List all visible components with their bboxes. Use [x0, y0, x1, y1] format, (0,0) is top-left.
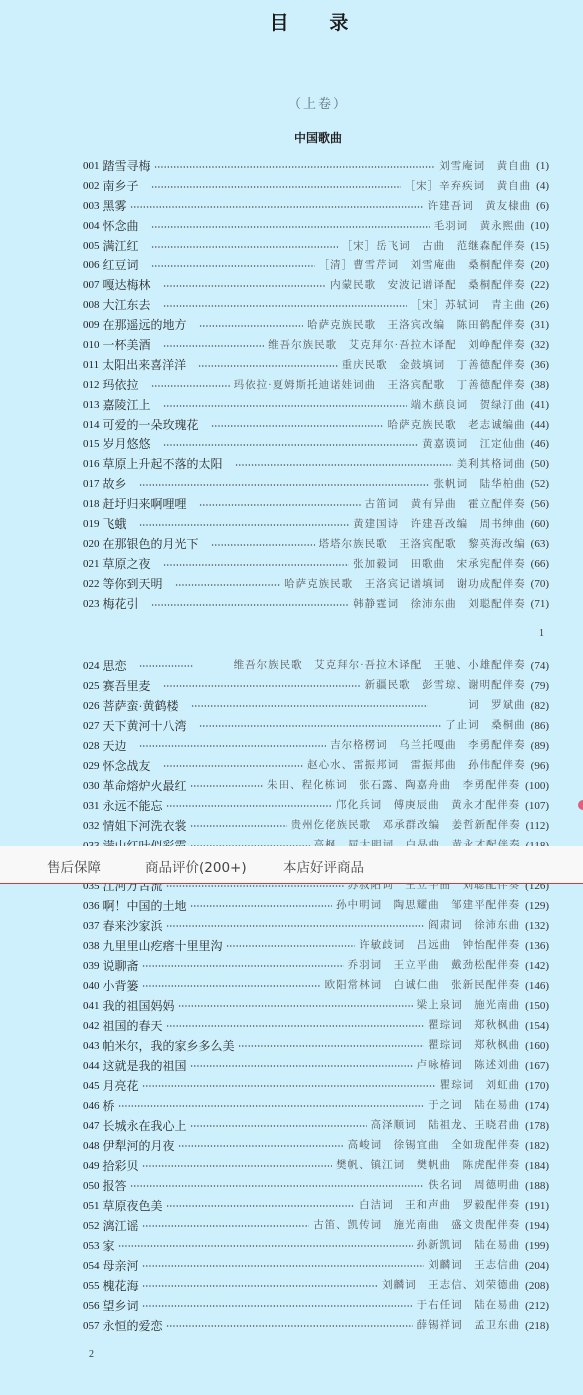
entry-page: (194) [525, 1216, 549, 1236]
entry-credits: 黄建国诗 许建吾改编 周书绅曲 [353, 515, 526, 535]
entry-number: 026 [83, 696, 100, 716]
entry-title: 梅花引 [103, 595, 139, 615]
entry-number: 012 [83, 376, 100, 396]
entry-page: (63) [531, 535, 549, 555]
entry-page: (32) [531, 336, 549, 356]
toc-entry: 011太阳出来喜洋洋重庆民歌 金鼓填词 丁善德配伴奏(36) [83, 356, 549, 376]
entry-title: 革命熔炉火最红 [103, 776, 187, 796]
entry-page: (38) [531, 376, 549, 396]
toc-entry: 021草原之夜张加毅词 田歌曲 宋承宪配伴奏(66) [83, 555, 549, 575]
toc-entry: 052漓江谣古笛、凯传词 施光南曲 盛文贵配伴奏(194) [83, 1216, 549, 1236]
toc-entry: 003黑雾许建吾词 黄友棣曲(6) [83, 197, 549, 217]
toc-entry: 055槐花海刘麟词 王志信、刘荣德曲(208) [83, 1276, 549, 1296]
entry-credits: 梁上泉词 施光南曲 [417, 996, 521, 1016]
entry-credits: 佚名词 周德明曲 [428, 1176, 520, 1196]
toc-entry: 026菩萨蛮·黄鹤楼词 罗斌曲(82) [83, 696, 549, 716]
entry-page: (100) [525, 776, 549, 796]
leader-dots [166, 925, 425, 927]
leader-dots [235, 464, 453, 466]
entry-page: (204) [525, 1256, 549, 1276]
toc-entry: 044这就是我的祖国卢咏椿词 陈述刘曲(167) [83, 1056, 549, 1076]
entry-credits: 阎肃词 徐沛东曲 [428, 916, 520, 936]
toc-entry: 057永恒的爱恋薛锡祥词 孟卫东曲(218) [83, 1316, 549, 1336]
entry-number: 031 [83, 796, 100, 816]
entry-page: (178) [525, 1116, 549, 1136]
leader-dots [154, 166, 436, 168]
toc-entry: 008大江东去［宋］苏轼词 青主曲(26) [83, 296, 549, 316]
toc-entry: 038九里里山疙瘩十里里沟许敏歧词 吕远曲 钟怡配伴奏(136) [83, 936, 549, 956]
entry-number: 004 [83, 217, 100, 237]
entry-number: 051 [83, 1196, 100, 1216]
entry-page: (74) [531, 656, 549, 676]
leader-dots [118, 1105, 425, 1107]
entry-credits: 哈萨克族民歌 老志诚编曲 [388, 416, 526, 436]
entry-title: 怀念曲 [103, 217, 139, 237]
toc-entry: 030革命熔炉火最红朱田、程化栋词 张石露、陶嘉舟曲 李勇配伴奏(100) [83, 776, 549, 796]
entry-credits: 张加毅词 田歌曲 宋承宪配伴奏 [353, 555, 526, 575]
toc-entry: 042祖国的春天瞿琮词 郑秋枫曲(154) [83, 1016, 549, 1036]
entry-number: 005 [83, 237, 100, 257]
leader-dots [151, 186, 401, 188]
entry-credits: 毛羽词 黄永熙曲 [434, 217, 526, 237]
toc-entry: 037春来沙家浜阎肃词 徐沛东曲(132) [83, 916, 549, 936]
entry-number: 003 [83, 197, 100, 217]
entry-credits: 美利其格词曲 [457, 455, 526, 475]
entry-credits: 许建吾词 黄友棣曲 [428, 197, 532, 217]
entry-credits: 瞿琮词 刘虹曲 [440, 1076, 521, 1096]
entry-credits: 欧阳常林词 白诚仁曲 张新民配伴奏 [325, 976, 521, 996]
entry-credits: 张帆词 陆华柏曲 [434, 475, 526, 495]
leader-dots [142, 1225, 310, 1227]
entry-title: 母亲河 [103, 1256, 139, 1276]
entry-credits: 赵心水、雷振邦词 雷振邦曲 孙伟配伴奏 [307, 756, 526, 776]
entry-number: 027 [83, 716, 100, 736]
toc-entry: 017故乡张帆词 陆华柏曲(52) [83, 475, 549, 495]
entry-title: 家 [103, 1236, 115, 1256]
entry-page: (66) [531, 555, 549, 575]
toc-entry: 018赶圩归来啊哩哩古笛词 黄有异曲 霍立配伴奏(56) [83, 495, 549, 515]
toc-entry: 029怀念战友赵心水、雷振邦词 雷振邦曲 孙伟配伴奏(96) [83, 756, 549, 776]
entry-title: 报答 [103, 1176, 127, 1196]
entry-page: (1) [536, 157, 549, 177]
toc-entry: 023梅花引韩静霆词 徐沛东曲 刘聪配伴奏(71) [83, 595, 549, 615]
toc-entry: 002南乡子［宋］辛弃疾词 黄自曲(4) [83, 177, 549, 197]
entry-credits: 朱田、程化栋词 张石露、陶嘉舟曲 李勇配伴奏 [267, 776, 520, 796]
entry-title: 嘉陵江上 [103, 396, 151, 416]
leader-dots [238, 1045, 425, 1047]
entry-number: 057 [83, 1316, 100, 1336]
entry-title: 天下黄河十八湾 [103, 716, 187, 736]
entry-page: (89) [531, 736, 549, 756]
entry-page: (44) [531, 416, 549, 436]
entry-page: (22) [531, 276, 549, 296]
entry-number: 024 [83, 656, 100, 676]
entry-title: 在那遥远的地方 [103, 316, 187, 336]
entry-credits: 高泽顺词 陆祖龙、王晓君曲 [371, 1116, 521, 1136]
entry-number: 008 [83, 296, 100, 316]
leader-dots [142, 1285, 379, 1287]
entry-title: 在那银色的月光下 [103, 535, 199, 555]
entry-number: 016 [83, 455, 100, 475]
entry-title: 南乡子 [103, 177, 139, 197]
toc-entry: 041我的祖国妈妈梁上泉词 施光南曲(150) [83, 996, 549, 1016]
toc-list-page-1: 001踏雪寻梅刘雪庵词 黄自曲(1) 002南乡子［宋］辛弃疾词 黄自曲(4) … [83, 157, 549, 614]
entry-number: 017 [83, 475, 100, 495]
entry-credits: ［宋］辛弃疾词 黄自曲 [405, 177, 532, 197]
entry-page: (146) [525, 976, 549, 996]
toc-entry: 053家孙新凯词 陆在易曲(199) [83, 1236, 549, 1256]
entry-page: (170) [525, 1076, 549, 1096]
entry-credits: 高峻词 徐锡宜曲 全如珑配伴奏 [348, 1136, 521, 1156]
entry-number: 041 [83, 996, 100, 1016]
entry-title: 天边 [103, 736, 127, 756]
entry-number: 007 [83, 276, 100, 296]
entry-title: 飞蛾 [103, 515, 127, 535]
entry-number: 029 [83, 756, 100, 776]
entry-credits: 刘麟词 王志信曲 [428, 1256, 520, 1276]
leader-dots [198, 365, 338, 367]
entry-title: 草原之夜 [103, 555, 151, 575]
entry-title: 这就是我的祖国 [103, 1056, 187, 1076]
leader-dots [151, 265, 315, 267]
entry-credits: 白洁词 王和声曲 罗毅配伴奏 [359, 1196, 520, 1216]
entry-credits: ［宋］苏轼词 青主曲 [411, 296, 526, 316]
leader-dots [199, 725, 442, 727]
toc-entry: 046桥于之词 陆在易曲(174) [83, 1096, 549, 1116]
leader-dots [163, 444, 419, 446]
leader-dots [199, 504, 361, 506]
entry-credits: 词 罗斌曲 [468, 696, 526, 716]
entry-credits: ［宋］岳飞词 古曲 范继森配伴奏 [342, 237, 526, 257]
leader-dots [166, 805, 333, 807]
entry-credits: 重庆民歌 金鼓填词 丁善德配伴奏 [342, 356, 526, 376]
toc-entry: 020在那银色的月光下塔塔尔族民歌 王洛宾配歌 黎英海改编(63) [83, 535, 549, 555]
entry-credits: ［清］曹雪芹词 刘雪庵曲 桑桐配伴奏 [319, 256, 526, 276]
entry-page: (6) [536, 197, 549, 217]
entry-page: (132) [525, 916, 549, 936]
toc-entry: 049拾彩贝樊帆、镇江词 樊帆曲 陈虎配伴奏(184) [83, 1156, 549, 1176]
entry-page: (82) [531, 696, 549, 716]
leader-dots [163, 305, 407, 307]
leader-dots [151, 385, 230, 387]
toc-entry: 028天边吉尔格楞词 乌兰托嘎曲 李勇配伴奏(89) [83, 736, 549, 756]
entry-page: (41) [531, 396, 549, 416]
toc-entry: 005满江红［宋］岳飞词 古曲 范继森配伴奏(15) [83, 237, 549, 257]
entry-page: (46) [531, 435, 549, 455]
toc-entry: 009在那遥远的地方哈萨克族民歌 王洛宾改编 陈田鹤配伴奏(31) [83, 316, 549, 336]
leader-dots [130, 206, 424, 208]
entry-title: 玛依拉 [103, 376, 139, 396]
entry-credits: 韩静霆词 徐沛东曲 刘聪配伴奏 [353, 595, 526, 615]
entry-page: (71) [531, 595, 549, 615]
entry-title: 踏雪寻梅 [103, 157, 151, 177]
toc-entry: 045月亮花瞿琮词 刘虹曲(170) [83, 1076, 549, 1096]
entry-page: (184) [525, 1156, 549, 1176]
entry-page: (167) [525, 1056, 549, 1076]
entry-number: 032 [83, 816, 100, 836]
entry-title: 桥 [103, 1096, 115, 1116]
tab-top-rated-products[interactable]: 本店好评商品 [283, 856, 364, 876]
leader-dots [139, 745, 327, 747]
entry-number: 011 [83, 356, 99, 376]
entry-credits: 玛依拉·夏姆斯托迪诺娃词曲 王洛宾配歌 丁善德配伴奏 [234, 376, 526, 396]
toc-entry: 054母亲河刘麟词 王志信曲(204) [83, 1256, 549, 1276]
leader-dots [190, 1065, 413, 1067]
entry-page: (26) [531, 296, 549, 316]
leader-dots [166, 885, 344, 887]
tab-after-sales[interactable]: 售后保障 [47, 856, 101, 876]
leader-dots [190, 825, 287, 827]
entry-title: 红豆词 [103, 256, 139, 276]
entry-credits: 维吾尔族民歌 艾克拜尔·吾拉木译配 刘峥配伴奏 [268, 336, 526, 356]
toc-entry: 056望乡词于右任词 陆在易曲(212) [83, 1296, 549, 1316]
entry-title: 伊犁河的月夜 [103, 1136, 175, 1156]
leader-dots [142, 1085, 436, 1087]
entry-credits: 新疆民歌 彭雪琼、谢明配伴奏 [365, 676, 526, 696]
entry-title: 赛吾里麦 [103, 676, 151, 696]
toc-entry: 039说聊斋乔羽词 王立平曲 戴劲松配伴奏(142) [83, 956, 549, 976]
leader-dots [190, 785, 264, 787]
entry-number: 038 [83, 936, 100, 956]
toc-entry: 004怀念曲毛羽词 黄永熙曲(10) [83, 217, 549, 237]
leader-dots [163, 345, 265, 347]
entry-page: (208) [525, 1276, 549, 1296]
entry-credits: 于之词 陆在易曲 [428, 1096, 520, 1116]
toc-entry: 019飞蛾黄建国诗 许建吾改编 周书绅曲(60) [83, 515, 549, 535]
page-number: 2 [89, 1349, 94, 1360]
entry-title: 等你到天明 [103, 575, 163, 595]
leader-dots [191, 705, 429, 707]
entry-credits: 吉尔格楞词 乌兰托嘎曲 李勇配伴奏 [330, 736, 526, 756]
leader-dots [139, 665, 194, 667]
toc-entry: 001踏雪寻梅刘雪庵词 黄自曲(1) [83, 157, 549, 177]
entry-title: 拾彩贝 [103, 1156, 139, 1176]
entry-number: 028 [83, 736, 100, 756]
entry-title: 情姐下河洗衣裳 [103, 816, 187, 836]
entry-title: 太阳出来喜洋洋 [102, 356, 186, 376]
entry-number: 055 [83, 1276, 100, 1296]
entry-credits: 刘雪庵词 黄自曲 [439, 157, 531, 177]
entry-number: 039 [83, 956, 100, 976]
leader-dots [163, 564, 350, 566]
entry-title: 槐花海 [103, 1276, 139, 1296]
entry-number: 042 [83, 1016, 100, 1036]
entry-title: 说聊斋 [103, 956, 139, 976]
entry-credits: 于右任词 陆在易曲 [417, 1296, 521, 1316]
toc-entry: 043帕米尔，我的家乡多么美瞿琮词 郑秋枫曲(160) [83, 1036, 549, 1056]
entry-page: (218) [525, 1316, 549, 1336]
entry-title: 啊！中国的土地 [103, 896, 187, 916]
leader-dots [142, 1265, 425, 1267]
page-number: 1 [539, 628, 544, 639]
leader-dots [190, 905, 333, 907]
entry-page: (182) [525, 1136, 549, 1156]
entry-number: 056 [83, 1296, 100, 1316]
entry-credits: 哈萨克族民歌 王洛宾改编 陈田鹤配伴奏 [307, 316, 526, 336]
leader-dots [142, 1305, 413, 1307]
leader-dots [166, 1205, 356, 1207]
leader-dots [163, 685, 361, 687]
entry-page: (50) [531, 455, 549, 475]
entry-page: (174) [525, 1096, 549, 1116]
entry-number: 018 [83, 495, 100, 515]
entry-page: (60) [531, 515, 549, 535]
entry-page: (154) [525, 1016, 549, 1036]
entry-number: 037 [83, 916, 100, 936]
leader-dots [163, 285, 327, 287]
entry-page: (96) [531, 756, 549, 776]
entry-page: (199) [525, 1236, 549, 1256]
toc-entry: 024思恋维吾尔族民歌 艾克拜尔·吾拉木译配 王驰、小雄配伴奏(74) [83, 656, 549, 676]
tab-reviews[interactable]: 商品评价(200+) [145, 856, 247, 876]
entry-number: 021 [83, 555, 100, 575]
entry-number: 048 [83, 1136, 100, 1156]
entry-number: 044 [83, 1056, 100, 1076]
entry-title: 怀念战友 [103, 756, 151, 776]
entry-credits: 了止词 桑桐曲 [445, 716, 526, 736]
entry-credits: 瞿琮词 郑秋枫曲 [428, 1016, 520, 1036]
entry-title: 嘎达梅林 [103, 276, 151, 296]
entry-number: 019 [83, 515, 100, 535]
entry-credits: 邝化兵词 傅庚辰曲 黄永才配伴奏 [336, 796, 520, 816]
entry-credits: 孙新凯词 陆在易曲 [417, 1236, 521, 1256]
entry-credits: 古笛词 黄有异曲 霍立配伴奏 [365, 495, 526, 515]
entry-number: 002 [83, 177, 100, 197]
entry-page: (112) [526, 816, 549, 836]
entry-title: 思恋 [103, 656, 127, 676]
leader-dots [190, 1125, 367, 1127]
leader-dots [151, 246, 338, 248]
leader-dots [139, 484, 430, 486]
entry-credits: 端木蕻良词 贺绿汀曲 [411, 396, 526, 416]
entry-page: (191) [525, 1196, 549, 1216]
entry-page: (36) [531, 356, 549, 376]
toc-entry: 027天下黄河十八湾了止词 桑桐曲(86) [83, 716, 549, 736]
entry-page: (142) [525, 956, 549, 976]
entry-credits: 卢咏椿词 陈述刘曲 [417, 1056, 521, 1076]
entry-page: (56) [531, 495, 549, 515]
toc-entry: 050报答佚名词 周德明曲(188) [83, 1176, 549, 1196]
volume-label: （上卷） [0, 93, 583, 112]
toc-entry: 036啊！中国的土地孙中明词 陶思耀曲 邹建平配伴奏(129) [83, 896, 549, 916]
page-title: 目 录 [0, 8, 583, 35]
leader-dots [142, 965, 344, 967]
toc-entry: 032情姐下河洗衣裳贵州仡佬族民歌 邓承群改编 姜哲新配伴奏(112) [83, 816, 549, 836]
entry-number: 022 [83, 575, 100, 595]
entry-number: 040 [83, 976, 100, 996]
entry-number: 006 [83, 256, 100, 276]
toc-entry: 010一杯美酒维吾尔族民歌 艾克拜尔·吾拉木译配 刘峥配伴奏(32) [83, 336, 549, 356]
toc-entry: 051草原夜色美白洁词 王和声曲 罗毅配伴奏(191) [83, 1196, 549, 1216]
toc-entry: 022等你到天明哈萨克族民歌 王洛宾记谱填词 谢功成配伴奏(70) [83, 575, 549, 595]
entry-number: 043 [83, 1036, 100, 1056]
toc-entry: 040小背篓欧阳常林词 白诚仁曲 张新民配伴奏(146) [83, 976, 549, 996]
entry-page: (70) [531, 575, 549, 595]
entry-title: 长城永在我心上 [103, 1116, 187, 1136]
entry-credits: 孙中明词 陶思耀曲 邹建平配伴奏 [336, 896, 520, 916]
toc-entry: 013嘉陵江上端木蕻良词 贺绿汀曲(41) [83, 396, 549, 416]
leader-dots [139, 524, 350, 526]
entry-title: 月亮花 [103, 1076, 139, 1096]
entry-number: 001 [83, 157, 100, 177]
toc-entry: 048伊犁河的月夜高峻词 徐锡宜曲 全如珑配伴奏(182) [83, 1136, 549, 1156]
leader-dots [142, 1165, 333, 1167]
entry-credits: 维吾尔族民歌 艾克拜尔·吾拉木译配 王驰、小雄配伴奏 [234, 656, 526, 676]
entry-page: (160) [525, 1036, 549, 1056]
toc-entry: 014可爱的一朵玫瑰花哈萨克族民歌 老志诚编曲(44) [83, 416, 549, 436]
entry-number: 054 [83, 1256, 100, 1276]
entry-title: 菩萨蛮·黄鹤楼 [103, 696, 179, 716]
entry-number: 023 [83, 595, 100, 615]
leader-dots [163, 405, 407, 407]
entry-title: 小背篓 [103, 976, 139, 996]
entry-number: 030 [83, 776, 100, 796]
entry-credits: 薛锡祥词 孟卫东曲 [417, 1316, 521, 1336]
leader-dots [166, 1025, 425, 1027]
entry-title: 满江红 [103, 237, 139, 257]
entry-title: 草原夜色美 [103, 1196, 163, 1216]
entry-title: 草原上升起不落的太阳 [103, 455, 223, 475]
entry-number: 010 [83, 336, 100, 356]
entry-number: 047 [83, 1116, 100, 1136]
entry-credits: 古笛、凯传词 施光南曲 盛文贵配伴奏 [313, 1216, 520, 1236]
toc-entry: 015岁月悠悠黄嘉谟词 江定仙曲(46) [83, 435, 549, 455]
section-heading: 中国歌曲 [0, 129, 583, 146]
leader-dots [151, 226, 430, 228]
leader-dots [178, 1005, 413, 1007]
entry-title: 祖国的春天 [103, 1016, 163, 1036]
entry-credits: 乔羽词 王立平曲 戴劲松配伴奏 [348, 956, 521, 976]
entry-page: (86) [531, 716, 549, 736]
entry-title: 我的祖国妈妈 [103, 996, 175, 1016]
entry-number: 013 [83, 396, 100, 416]
entry-credits: 塔塔尔族民歌 王洛宾配歌 黎英海改编 [319, 535, 526, 555]
leader-dots [178, 1145, 344, 1147]
entry-credits: 刘麟词 王志信、刘荣德曲 [382, 1276, 520, 1296]
product-tab-bar: 售后保障 商品评价(200+) 本店好评商品 [0, 846, 583, 884]
entry-page: (10) [531, 217, 549, 237]
leader-dots [166, 1325, 413, 1327]
entry-page: (188) [525, 1176, 549, 1196]
entry-number: 046 [83, 1096, 100, 1116]
entry-title: 故乡 [103, 475, 127, 495]
entry-page: (107) [525, 796, 549, 816]
entry-number: 053 [83, 1236, 100, 1256]
entry-number: 009 [83, 316, 100, 336]
entry-page: (31) [531, 316, 549, 336]
entry-number: 014 [83, 416, 100, 436]
toc-entry: 012玛依拉玛依拉·夏姆斯托迪诺娃词曲 王洛宾配歌 丁善德配伴奏(38) [83, 376, 549, 396]
entry-title: 岁月悠悠 [103, 435, 151, 455]
floating-button-edge[interactable] [578, 800, 583, 810]
leader-dots [211, 425, 384, 427]
leader-dots [118, 1245, 413, 1247]
entry-title: 永恒的爱恋 [103, 1316, 163, 1336]
entry-page: (20) [531, 256, 549, 276]
entry-number: 036 [83, 896, 100, 916]
entry-title: 漓江谣 [103, 1216, 139, 1236]
entry-page: (212) [525, 1296, 549, 1316]
toc-entry: 006红豆词［清］曹雪芹词 刘雪庵曲 桑桐配伴奏(20) [83, 256, 549, 276]
entry-number: 045 [83, 1076, 100, 1096]
entry-page: (4) [536, 177, 549, 197]
entry-credits: 哈萨克族民歌 王洛宾记谱填词 谢功成配伴奏 [284, 575, 526, 595]
entry-credits: 黄嘉谟词 江定仙曲 [422, 435, 526, 455]
entry-page: (129) [525, 896, 549, 916]
entry-number: 025 [83, 676, 100, 696]
entry-number: 015 [83, 435, 100, 455]
leader-dots [151, 604, 350, 606]
